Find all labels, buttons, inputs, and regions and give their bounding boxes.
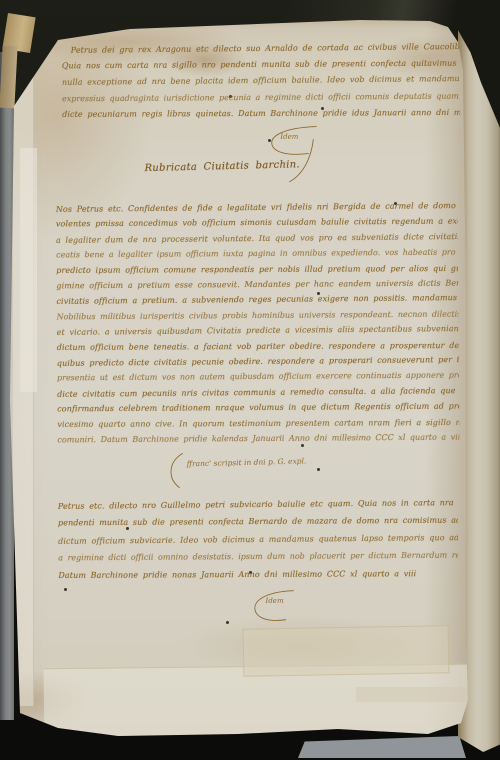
handwritten-text-layer: Petrus dei gra rex Aragonu etc dilecto s… <box>0 0 500 760</box>
rubric-heading: Rubricata Ciuitatis barchin. <box>144 159 300 174</box>
photograph-background: Petrus dei gra rex Aragonu etc dilecto s… <box>0 0 500 760</box>
manuscript-line: comuniri. Datum Barchinone pridie kalend… <box>57 430 459 448</box>
manuscript-line: a regimine dicti officii omnino desistat… <box>58 547 458 567</box>
manuscript-line: Datum Barchinone pridie nonas Januarii A… <box>58 565 458 584</box>
manuscript-page: Petrus dei gra rex Aragonu etc dilecto s… <box>0 0 500 760</box>
manuscript-line: ceatis bene a legaliter ipsum officium i… <box>56 245 458 263</box>
idem-label: Idem <box>266 597 284 605</box>
text-block-top: Petrus dei gra rex Aragonu etc dilecto s… <box>62 40 461 124</box>
manuscript-line: dicte pecuniarum regis libras quinetas. … <box>62 105 460 123</box>
subscription-text: ffranc' scripsit in dni p. G. expl. <box>187 456 307 468</box>
heading-flourish-icon <box>286 138 316 186</box>
text-block-second: Petrus etc. dilecto nro Guillelmo petri … <box>58 495 459 585</box>
paren-flourish-icon <box>164 451 185 491</box>
subscription-line: ffranc' scripsit in dni p. G. expl. <box>178 451 298 463</box>
paren-flourish-icon <box>249 588 299 626</box>
text-block-main: Nos Petrus etc. Confidentes de fide a le… <box>56 199 460 448</box>
next-page-corner <box>298 736 466 758</box>
